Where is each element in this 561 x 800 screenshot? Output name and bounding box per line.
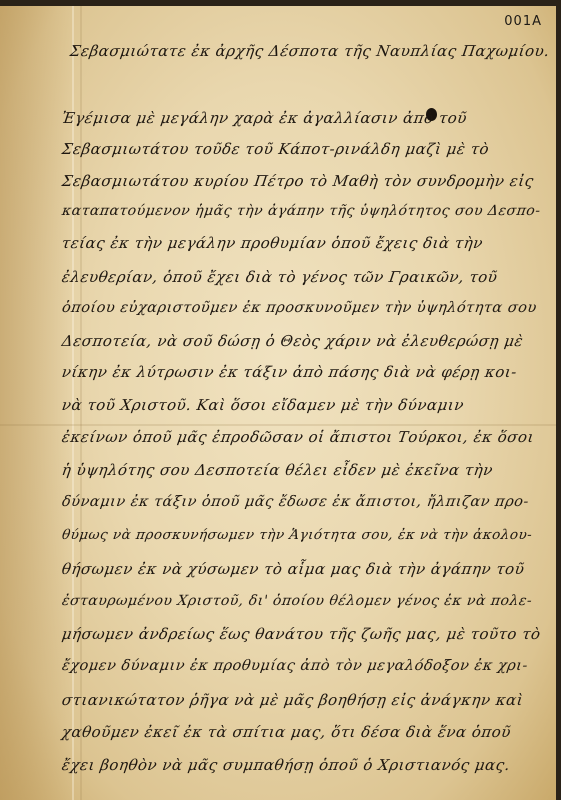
text-line: Σεβασμιωτάτου κυρίου Πέτρο τὸ Μαθὴ τὸν σ…	[61, 172, 535, 190]
text-line: ἐλευθερίαν, ὁποῦ ἔχει διὰ τὸ γένος τῶν Γ…	[61, 268, 499, 286]
text-line: ἔχει βοηθὸν νὰ μᾶς συμπαθήσῃ ὁποῦ ὁ Χρισ…	[61, 756, 512, 774]
text-line: τείας ἐκ τὴν μεγάλην προθυμίαν ὁποῦ ἔχει…	[61, 234, 484, 252]
text-line: Σεβασμιωτάτου τοῦδε τοῦ Κάποτ-ρινάλδη μα…	[61, 140, 491, 158]
text-line: στιανικώτατον ῥῆγα νὰ μὲ μᾶς βοηθήσῃ εἰς…	[61, 691, 525, 709]
text-line: καταπατούμενον ἡμᾶς τὴν ἀγάπην τῆς ὑψηλό…	[61, 203, 542, 219]
text-line: μήσωμεν ἀνδρείως ἕως θανάτου τῆς ζωῆς μα…	[61, 625, 542, 643]
text-line: ἐσταυρωμένου Χριστοῦ, δι' ὁποίου θέλομεν…	[61, 593, 533, 609]
text-line: χαθοῦμεν ἐκεῖ ἐκ τὰ σπίτια μας, ὅτι δέσα…	[61, 723, 513, 741]
folio-label: 001A	[504, 14, 542, 29]
text-line: νὰ τοῦ Χριστοῦ. Καὶ ὅσοι εἴδαμεν μὲ τὴν …	[61, 396, 465, 414]
manuscript-page: 001A Σεβασμιώτατε ἐκ ἀρχῆς Δέσποτα τῆς Ν…	[0, 6, 556, 800]
text-line: Δεσποτεία, νὰ σοῦ δώσῃ ὁ Θεὸς χάριν νὰ ἐ…	[61, 332, 525, 350]
text-line: ἔχομεν δύναμιν ἐκ προθυμίας ἀπὸ τὸν μεγα…	[61, 658, 529, 674]
letter-heading: Σεβασμιώτατε ἐκ ἀρχῆς Δέσποτα τῆς Ναυπλί…	[69, 42, 551, 60]
text-line: Ἐγέμισα μὲ μεγάλην χαρὰ ἐκ ἀγαλλίασιν ἀπ…	[61, 109, 469, 127]
text-line: ἡ ὑψηλότης σου Δεσποτεία θέλει εἶδεν μὲ …	[61, 461, 494, 479]
text-line: ἐκείνων ὁποῦ μᾶς ἐπροδῶσαν οἱ ἄπιστοι Το…	[61, 428, 536, 446]
text-line: ὁποίου εὐχαριστοῦμεν ἐκ προσκυνοῦμεν τὴν…	[61, 300, 538, 316]
text-line: θήσωμεν ἐκ νὰ χύσωμεν τὸ αἷμα μας διὰ τὴ…	[61, 560, 526, 578]
text-line: θύμως νὰ προσκυνήσωμεν τὴν Ἁγιότητα σου,…	[61, 527, 534, 543]
paper-fold	[0, 424, 556, 426]
text-line: δύναμιν ἐκ τάξιν ὁποῦ μᾶς ἔδωσε ἐκ ἄπιστ…	[61, 494, 530, 510]
text-line: νίκην ἐκ λύτρωσιν ἐκ τάξιν ἀπὸ πάσης διὰ…	[61, 363, 518, 381]
